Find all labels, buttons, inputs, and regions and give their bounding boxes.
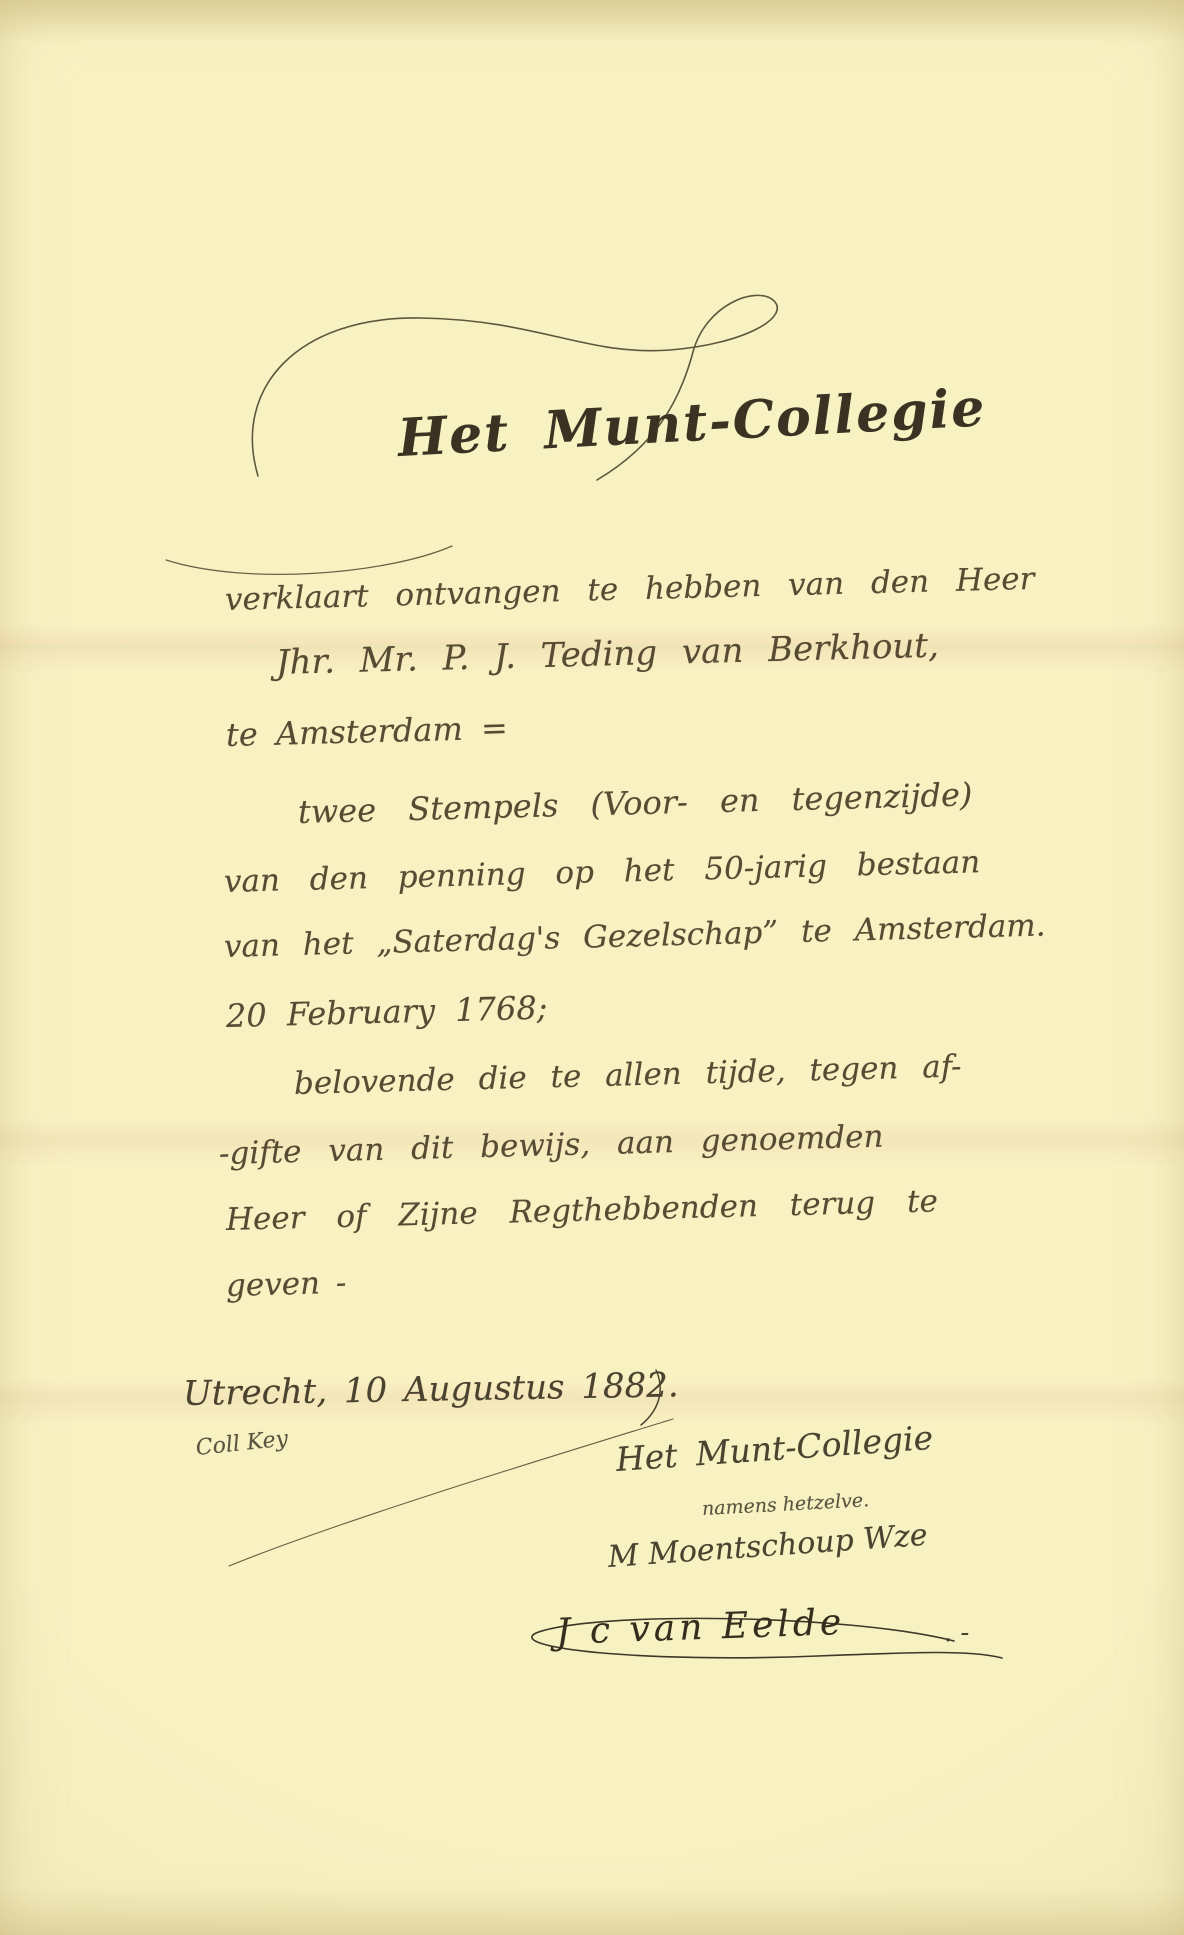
body-line-recipient-city: te Amsterdam = [226,709,509,754]
body-line: geven - [226,1265,347,1304]
signature-suffix-mark: . - [944,1618,969,1648]
